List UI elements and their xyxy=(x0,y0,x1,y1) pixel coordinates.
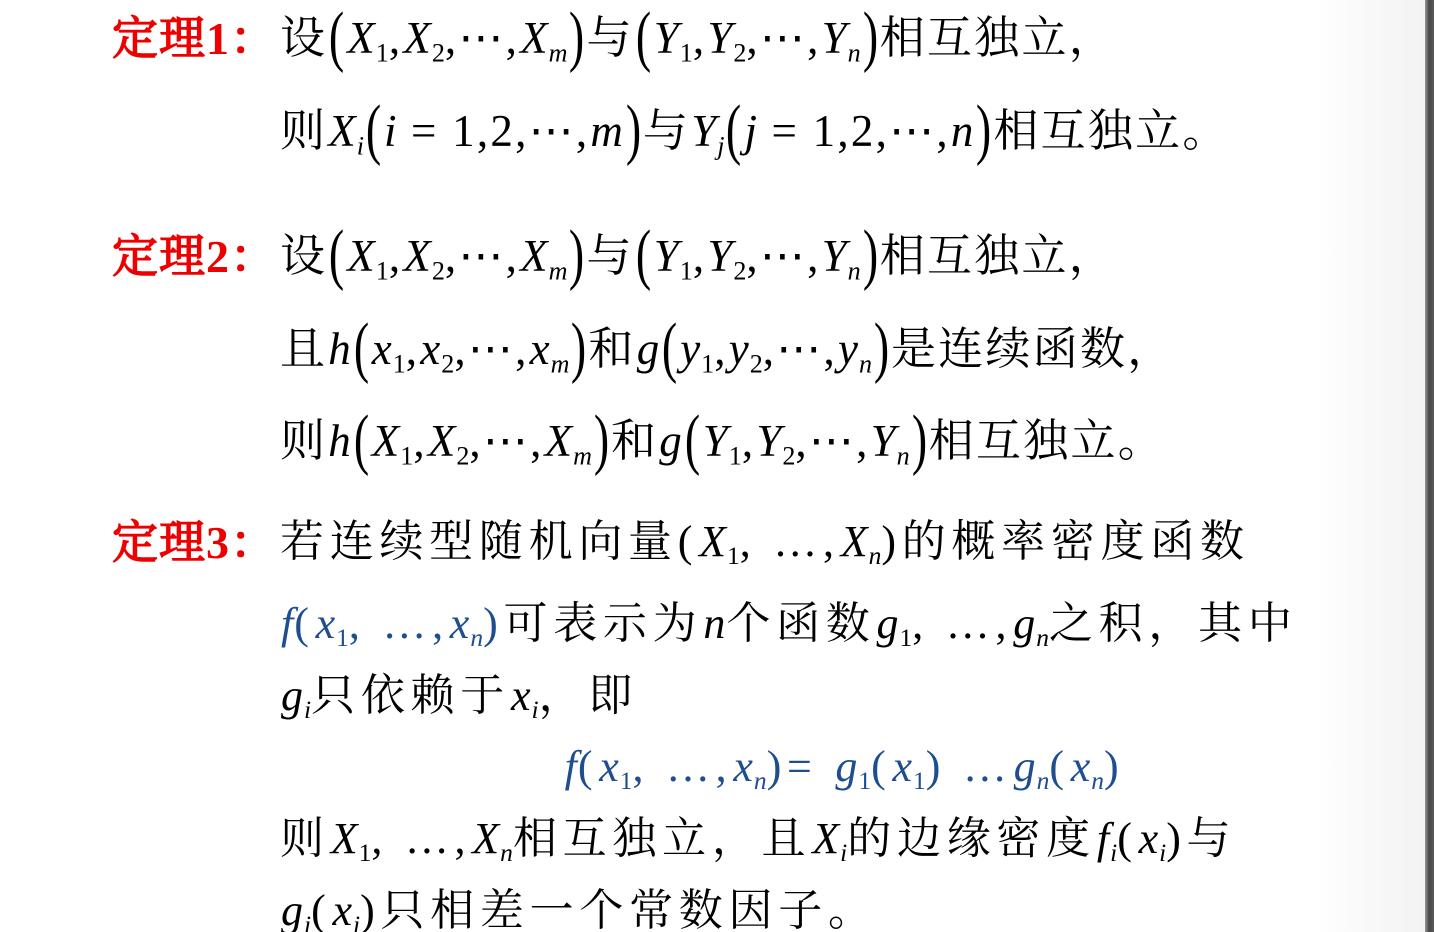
text-run: 之积，其中 xyxy=(1049,599,1298,648)
theorem-line: 若连续型随机向量(X1, …,Xn)的概率密度函数 xyxy=(280,516,1408,571)
math-symbol: n xyxy=(754,766,767,795)
math-symbol: 1 xyxy=(913,766,926,795)
math-symbol: X xyxy=(402,13,432,63)
text-run: ,⋯, xyxy=(763,324,837,374)
text-run: , xyxy=(389,231,403,281)
math-symbol: x xyxy=(315,599,337,648)
math-symbol: ( xyxy=(634,0,653,75)
text-run: 与 xyxy=(643,106,690,156)
math-symbol: x xyxy=(510,671,532,720)
text-run: ( xyxy=(294,599,314,648)
text-run: , xyxy=(742,416,756,466)
text-run: 相互独立， xyxy=(880,231,1116,281)
math-symbol: n xyxy=(702,599,726,648)
theorem-2-label: 定理2： xyxy=(112,230,280,284)
math-symbol: X xyxy=(371,416,401,466)
text-run: , …, xyxy=(633,742,733,791)
math-symbol: Y xyxy=(706,231,733,281)
math-symbol: 1 xyxy=(376,256,389,285)
theorem-line: gi(xi)只相差一个常数因子。 xyxy=(280,885,1408,932)
math-symbol: 1 xyxy=(701,349,714,378)
math-symbol: ( xyxy=(352,307,371,385)
text-run: ,⋯, xyxy=(795,416,869,466)
math-symbol: 1 xyxy=(729,442,742,471)
text-run: 和 xyxy=(588,324,635,374)
text-run: 则 xyxy=(280,106,327,156)
text-run: 与 xyxy=(586,13,633,63)
math-symbol: n xyxy=(869,541,882,570)
theorem-2: 定理2： 设(X1,X2,⋯,Xm)与(Y1,Y2,⋯,Yn)相互独立，且h(x… xyxy=(112,230,1408,472)
math-symbol: ( xyxy=(364,89,383,167)
theorem-line: 且h(x1,x2,⋯,xm)和g(y1,y2,⋯,yn)是连续函数， xyxy=(280,323,1408,380)
theorem-1-body: 设(X1,X2,⋯,Xm)与(Y1,Y2,⋯,Yn)相互独立，则Xi(i = 1… xyxy=(280,12,1408,161)
math-symbol: 1 xyxy=(858,766,871,795)
math-symbol: 2 xyxy=(432,256,445,285)
text-run: , xyxy=(693,13,707,63)
math-symbol: m xyxy=(549,38,568,67)
math-symbol: h xyxy=(327,416,352,466)
math-symbol: f xyxy=(1096,814,1110,863)
math-symbol: X xyxy=(346,231,376,281)
math-symbol: x xyxy=(1138,814,1160,863)
text-run: )只相差一个常数因子。 xyxy=(360,886,878,932)
math-symbol: 1 xyxy=(336,623,349,652)
math-symbol: Y xyxy=(821,231,848,281)
math-symbol: 1 xyxy=(393,349,406,378)
theorem-3-body: 若连续型随机向量(X1, …,Xn)的概率密度函数f(x1, …,xn)可表示为… xyxy=(280,516,1408,932)
math-symbol: n xyxy=(470,623,483,652)
text-run: , …, xyxy=(912,599,1012,648)
text-run: 相互独立。 xyxy=(993,106,1229,156)
math-symbol: x xyxy=(331,886,353,932)
math-symbol: n xyxy=(1091,766,1104,795)
math-symbol: x xyxy=(419,324,441,374)
math-symbol: ( xyxy=(683,400,702,478)
math-symbol: X xyxy=(811,814,840,863)
math-symbol: X xyxy=(330,814,359,863)
slide-page: { "page": {"width": 1434, "height": 932}… xyxy=(0,0,1434,932)
text-run: = 1,2,⋯, xyxy=(398,106,590,156)
text-run: 与 xyxy=(586,231,633,281)
text-run: 设 xyxy=(280,231,327,281)
math-symbol: m xyxy=(589,106,624,156)
window-edge xyxy=(1425,0,1434,932)
math-symbol: ( xyxy=(327,215,346,293)
math-symbol: ) xyxy=(569,307,588,385)
math-symbol: X xyxy=(327,106,357,156)
text-run: 的边缘密度 xyxy=(847,814,1096,863)
math-symbol: X xyxy=(427,416,457,466)
math-symbol: n xyxy=(1036,623,1049,652)
math-symbol: Y xyxy=(702,416,729,466)
text-run: 相互独立，且 xyxy=(513,814,811,863)
text-run: 可表示为 xyxy=(503,599,702,648)
text-run: ，即 xyxy=(539,671,638,720)
theorem-line: 则X1, …,Xn相互独立，且Xi的边缘密度fi(xi)与 xyxy=(280,813,1408,868)
math-symbol: n xyxy=(848,38,861,67)
text-run: 只依赖于 xyxy=(311,671,510,720)
math-symbol: n xyxy=(848,256,861,285)
math-symbol: Y xyxy=(821,13,848,63)
math-symbol: g xyxy=(1012,599,1036,648)
math-symbol: X xyxy=(519,13,549,63)
math-symbol: g xyxy=(636,324,661,374)
text-run: , xyxy=(714,324,728,374)
text-run: ) xyxy=(1104,742,1124,791)
math-symbol: 1 xyxy=(727,541,740,570)
math-symbol: m xyxy=(549,256,568,285)
text-run: ,⋯, xyxy=(746,13,820,63)
math-symbol: ) xyxy=(592,400,611,478)
math-symbol: 1 xyxy=(680,38,693,67)
math-symbol: n xyxy=(950,106,975,156)
math-symbol: ) xyxy=(872,307,891,385)
theorem-line: f(x1, …,xn)= g1(x1) …gn(xn) xyxy=(280,741,1408,796)
math-symbol: h xyxy=(327,324,352,374)
math-symbol: ) xyxy=(861,0,880,75)
math-symbol: ) xyxy=(567,215,586,293)
theorem-3-label: 定理3： xyxy=(112,516,280,570)
math-symbol: i xyxy=(383,106,398,156)
text-run: 相互独立， xyxy=(880,13,1116,63)
math-symbol: g xyxy=(280,886,304,932)
math-symbol: X xyxy=(698,517,727,566)
math-symbol: n xyxy=(859,349,872,378)
text-run: ) xyxy=(483,599,503,648)
text-run: , …, xyxy=(740,517,840,566)
math-symbol: 2 xyxy=(441,349,454,378)
theorem-line: f(x1, …,xn)可表示为n个函数g1, …,gn之积，其中 xyxy=(280,598,1408,653)
math-symbol: X xyxy=(471,814,500,863)
math-symbol: 2 xyxy=(432,38,445,67)
math-symbol: y xyxy=(679,324,701,374)
text-run: , xyxy=(406,324,420,374)
math-symbol: m xyxy=(551,349,570,378)
theorem-3: 定理3： 若连续型随机向量(X1, …,Xn)的概率密度函数f(x1, …,xn… xyxy=(112,516,1408,932)
math-symbol: 2 xyxy=(750,349,763,378)
math-symbol: Y xyxy=(690,106,717,156)
math-symbol: ) xyxy=(974,89,993,167)
math-symbol: 2 xyxy=(782,442,795,471)
math-symbol: ( xyxy=(660,307,679,385)
text-run: 和 xyxy=(611,416,658,466)
math-symbol: Y xyxy=(755,416,782,466)
math-symbol: ( xyxy=(634,215,653,293)
theorem-1: 定理1： 设(X1,X2,⋯,Xm)与(Y1,Y2,⋯,Yn)相互独立，则Xi(… xyxy=(112,12,1408,161)
math-symbol: Y xyxy=(653,13,680,63)
math-symbol: 1 xyxy=(359,838,372,867)
math-symbol: f xyxy=(564,742,578,791)
text-run: 则 xyxy=(280,416,327,466)
math-symbol: i xyxy=(532,695,539,724)
math-symbol: g xyxy=(280,671,304,720)
math-symbol: y xyxy=(728,324,750,374)
math-symbol: g xyxy=(876,599,900,648)
math-symbol: n xyxy=(500,838,513,867)
math-symbol: ) xyxy=(567,0,586,75)
math-symbol: X xyxy=(346,13,376,63)
text-run: ( xyxy=(1049,742,1069,791)
theorem-line: 设(X1,X2,⋯,Xm)与(Y1,Y2,⋯,Yn)相互独立， xyxy=(280,12,1408,69)
math-symbol: x xyxy=(732,742,754,791)
text-run: )与 xyxy=(1166,814,1236,863)
math-symbol: n xyxy=(897,442,910,471)
text-run: ,⋯, xyxy=(469,416,543,466)
math-symbol: x xyxy=(449,599,471,648)
math-symbol: ) xyxy=(910,400,929,478)
math-symbol: x xyxy=(371,324,393,374)
text-run: 若连续型随机向量( xyxy=(280,517,698,566)
math-symbol: ) xyxy=(624,89,643,167)
theorem-line: 则Xi(i = 1,2,⋯,m)与Yj(j = 1,2,⋯,n)相互独立。 xyxy=(280,105,1408,162)
text-run: 设 xyxy=(280,13,327,63)
text-run: ,⋯, xyxy=(746,231,820,281)
text-run: , …, xyxy=(349,599,449,648)
math-symbol: m xyxy=(573,442,592,471)
text-run: ( xyxy=(1117,814,1137,863)
math-symbol: y xyxy=(837,324,859,374)
text-run: ( xyxy=(311,886,331,932)
text-run: , xyxy=(413,416,427,466)
math-symbol: x xyxy=(598,742,620,791)
text-run: = 1,2,⋯, xyxy=(758,106,950,156)
text-run: ,⋯, xyxy=(445,231,519,281)
text-run: , …, xyxy=(371,814,471,863)
theorem-line: gi只依赖于xi，即 xyxy=(280,670,1408,725)
math-symbol: 2 xyxy=(456,442,469,471)
text-run: ) … xyxy=(926,742,1013,791)
math-symbol: Y xyxy=(653,231,680,281)
text-run: )的概率密度函数 xyxy=(881,517,1249,566)
text-run: ( xyxy=(578,742,598,791)
math-symbol: ( xyxy=(352,400,371,478)
text-run: ,⋯, xyxy=(454,324,528,374)
math-symbol: 1 xyxy=(400,442,413,471)
text-run: , xyxy=(389,13,403,63)
text-run: 个函数 xyxy=(726,599,875,648)
math-symbol: f xyxy=(280,599,294,648)
math-symbol: x xyxy=(891,742,913,791)
theorem-line: 则h(X1,X2,⋯,Xm)和g(Y1,Y2,⋯,Yn)相互独立。 xyxy=(280,415,1408,472)
math-symbol: 2 xyxy=(733,256,746,285)
math-symbol: g xyxy=(658,416,683,466)
math-symbol: g xyxy=(834,742,858,791)
math-symbol: j xyxy=(743,106,758,156)
text-run: ,⋯, xyxy=(445,13,519,63)
math-symbol: ( xyxy=(724,89,743,167)
text-run: 是连续函数， xyxy=(891,324,1175,374)
math-symbol: g xyxy=(1013,742,1037,791)
theorem-2-body: 设(X1,X2,⋯,Xm)与(Y1,Y2,⋯,Yn)相互独立，且h(x1,x2,… xyxy=(280,230,1408,472)
math-symbol: 2 xyxy=(733,38,746,67)
math-symbol: Y xyxy=(706,13,733,63)
text-run: , xyxy=(693,231,707,281)
math-symbol: Y xyxy=(870,416,897,466)
math-symbol: X xyxy=(402,231,432,281)
text-run: ( xyxy=(871,742,891,791)
math-symbol: ) xyxy=(861,215,880,293)
text-run: 相互独立。 xyxy=(929,416,1165,466)
math-symbol: 1 xyxy=(680,256,693,285)
math-symbol: 1 xyxy=(620,766,633,795)
math-symbol: X xyxy=(840,517,869,566)
math-symbol: 1 xyxy=(900,623,913,652)
math-symbol: x xyxy=(529,324,551,374)
text-run: 且 xyxy=(280,324,327,374)
math-symbol: X xyxy=(519,231,549,281)
text-run: )= xyxy=(767,742,835,791)
math-symbol: n xyxy=(1037,766,1050,795)
math-symbol: X xyxy=(544,416,574,466)
math-symbol: ( xyxy=(327,0,346,75)
theorem-1-label: 定理1： xyxy=(112,12,280,66)
math-symbol: 1 xyxy=(376,38,389,67)
math-symbol: x xyxy=(1070,742,1092,791)
text-run: 则 xyxy=(280,814,330,863)
theorem-line: 设(X1,X2,⋯,Xm)与(Y1,Y2,⋯,Yn)相互独立， xyxy=(280,230,1408,287)
